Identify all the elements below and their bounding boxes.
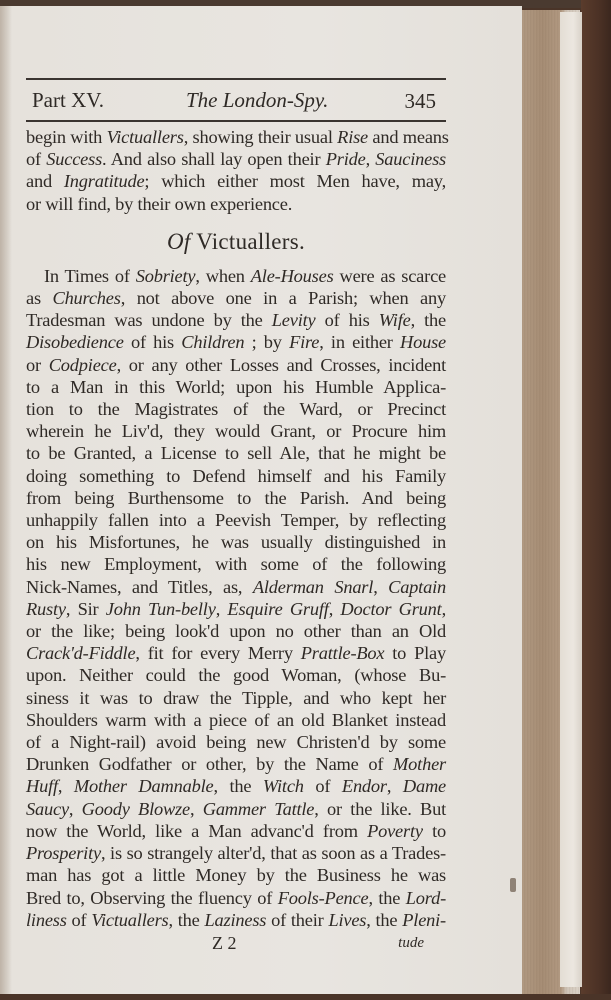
italic-text: John Tun-belly xyxy=(106,599,216,619)
italic-text: Crack'd-Fiddle xyxy=(26,643,135,663)
italic-text: Sauciness xyxy=(375,149,446,169)
italic-text: Ingratitude xyxy=(64,171,145,191)
italic-text: Dame xyxy=(403,776,446,796)
text-line: Shoulders warm with a piece of an old Bl… xyxy=(26,709,446,731)
italic-text: Disobedience xyxy=(26,332,124,352)
italic-text: Doctor Grunt xyxy=(340,599,441,619)
italic-text: Lives xyxy=(328,910,366,930)
italic-text: Success xyxy=(46,149,102,169)
italic-text: Fools-Pence xyxy=(278,888,369,908)
page-content: Part XV. The London-Spy. 345 begin with … xyxy=(26,78,446,957)
italic-text: Children xyxy=(181,332,244,352)
italic-text: liness xyxy=(26,910,67,930)
italic-text: Endor xyxy=(342,776,387,796)
italic-text: Victuallers xyxy=(107,127,184,147)
text-line: as Churches, not above one in a Parish; … xyxy=(26,287,446,309)
italic-text: Gammer Tattle xyxy=(203,799,315,819)
text-line: to a Man in this World; upon his Humble … xyxy=(26,376,446,398)
italic-text: Ale-Houses xyxy=(251,266,334,286)
italic-text: House xyxy=(400,332,446,352)
text-line: from being Burthensome to the Parish. An… xyxy=(26,487,446,509)
page-edges-light xyxy=(560,12,582,987)
text-line: man has got a little Money by the Busine… xyxy=(26,864,446,886)
italic-text: Mother Damnable xyxy=(74,776,214,796)
text-line: on his Misfortunes, he was usually disti… xyxy=(26,531,446,553)
text-line: Disobedience of his Children ; by Fire, … xyxy=(26,331,446,353)
part-label: Part XV. xyxy=(32,80,104,120)
text-line: his new Employment, with some of the fol… xyxy=(26,553,446,575)
italic-text: Prattle-Box xyxy=(301,643,385,663)
italic-text: Pride xyxy=(326,149,366,169)
text-line: tion to the Magistrates of the Ward, or … xyxy=(26,398,446,420)
signature-mark: Z 2 xyxy=(212,933,237,954)
italic-text: Alderman Snarl xyxy=(253,577,373,597)
italic-text: Mother xyxy=(393,754,446,774)
text-line: begin with Victuallers, showing their us… xyxy=(26,126,446,148)
text-line: or will find, by their own experience. xyxy=(26,193,446,215)
text-line: Nick-Names, and Titles, as, Alderman Sna… xyxy=(26,576,446,598)
text-line: siness it was to draw the Tipple, and wh… xyxy=(26,687,446,709)
italic-text: Lord- xyxy=(406,888,446,908)
text-line: to be Granted, a License to sell Ale, th… xyxy=(26,442,446,464)
catchword: tude xyxy=(398,935,424,952)
heading-title: Victuallers. xyxy=(196,229,305,254)
italic-text: Saucy xyxy=(26,799,69,819)
italic-text: Witch xyxy=(263,776,304,796)
text-line: or Codpiece, or any other Losses and Cro… xyxy=(26,354,446,376)
text-line: Bred to, Observing the fluency of Fools-… xyxy=(26,887,446,909)
italic-text: Poverty xyxy=(367,821,423,841)
italic-text: Codpiece xyxy=(49,355,117,375)
italic-text: Prosperity xyxy=(26,843,101,863)
text-line: Prosperity, is so strangely alter'd, tha… xyxy=(26,842,446,864)
text-line: or the like; being look'd upon no other … xyxy=(26,620,446,642)
text-line: upon. Neither could the good Woman, (who… xyxy=(26,664,446,686)
heading-prefix: Of xyxy=(167,229,191,254)
text-line: In Times of Sobriety, when Ale-Houses we… xyxy=(26,265,446,287)
italic-text: Levity xyxy=(272,310,316,330)
italic-text: Pleni- xyxy=(402,910,446,930)
italic-text: Laziness xyxy=(204,910,266,930)
running-head: Part XV. The London-Spy. 345 xyxy=(26,80,446,120)
text-line: Rusty, Sir John Tun-belly, Esquire Gruff… xyxy=(26,598,446,620)
text-line: Tradesman was undone by the Levity of hi… xyxy=(26,309,446,331)
text-line: Crack'd-Fiddle, fit for every Merry Prat… xyxy=(26,642,446,664)
italic-text: Captain xyxy=(388,577,446,597)
italic-text: Huff xyxy=(26,776,58,796)
italic-text: Victuallers xyxy=(91,910,168,930)
gutter-shadow xyxy=(0,6,12,996)
text-line: Huff, Mother Damnable, the Witch of Endo… xyxy=(26,775,446,797)
book-cover-right xyxy=(581,0,611,1000)
book-cover-bottom xyxy=(0,994,611,1000)
text-line: Saucy, Goody Blowze, Gammer Tattle, or t… xyxy=(26,798,446,820)
italic-text: Goody Blowze xyxy=(82,799,190,819)
italic-text: Rise xyxy=(337,127,368,147)
italic-text: Churches xyxy=(53,288,121,308)
intro-paragraph: begin with Victuallers, showing their us… xyxy=(26,126,446,215)
text-line: and Ingratitude; which either most Men h… xyxy=(26,170,446,192)
text-line: of Success. And also shall lay open thei… xyxy=(26,148,446,170)
italic-text: Rusty xyxy=(26,599,66,619)
page-stain xyxy=(510,878,516,892)
page-number: 345 xyxy=(405,81,437,121)
text-line: of a Night-rail) avoid being new Christe… xyxy=(26,731,446,753)
italic-text: Fire xyxy=(289,332,319,352)
head-rule xyxy=(26,120,446,122)
italic-text: Esquire Gruff xyxy=(227,599,328,619)
page-footer: Z 2 tude xyxy=(26,933,446,957)
body-paragraph: In Times of Sobriety, when Ale-Houses we… xyxy=(26,265,446,931)
italic-text: Sobriety xyxy=(136,266,196,286)
text-line: unhappily fallen into a Peevish Temper, … xyxy=(26,509,446,531)
section-heading: Of Victuallers. xyxy=(26,229,446,255)
italic-text: Wife xyxy=(379,310,411,330)
text-line: liness of Victuallers, the Laziness of t… xyxy=(26,909,446,931)
text-line: now the World, like a Man advanc'd from … xyxy=(26,820,446,842)
book-title: The London-Spy. xyxy=(186,80,328,120)
text-line: wherein he Liv'd, they would Grant, or P… xyxy=(26,420,446,442)
text-line: doing something to Defend himself and hi… xyxy=(26,465,446,487)
text-line: Drunken Godfather or other, by the Name … xyxy=(26,753,446,775)
